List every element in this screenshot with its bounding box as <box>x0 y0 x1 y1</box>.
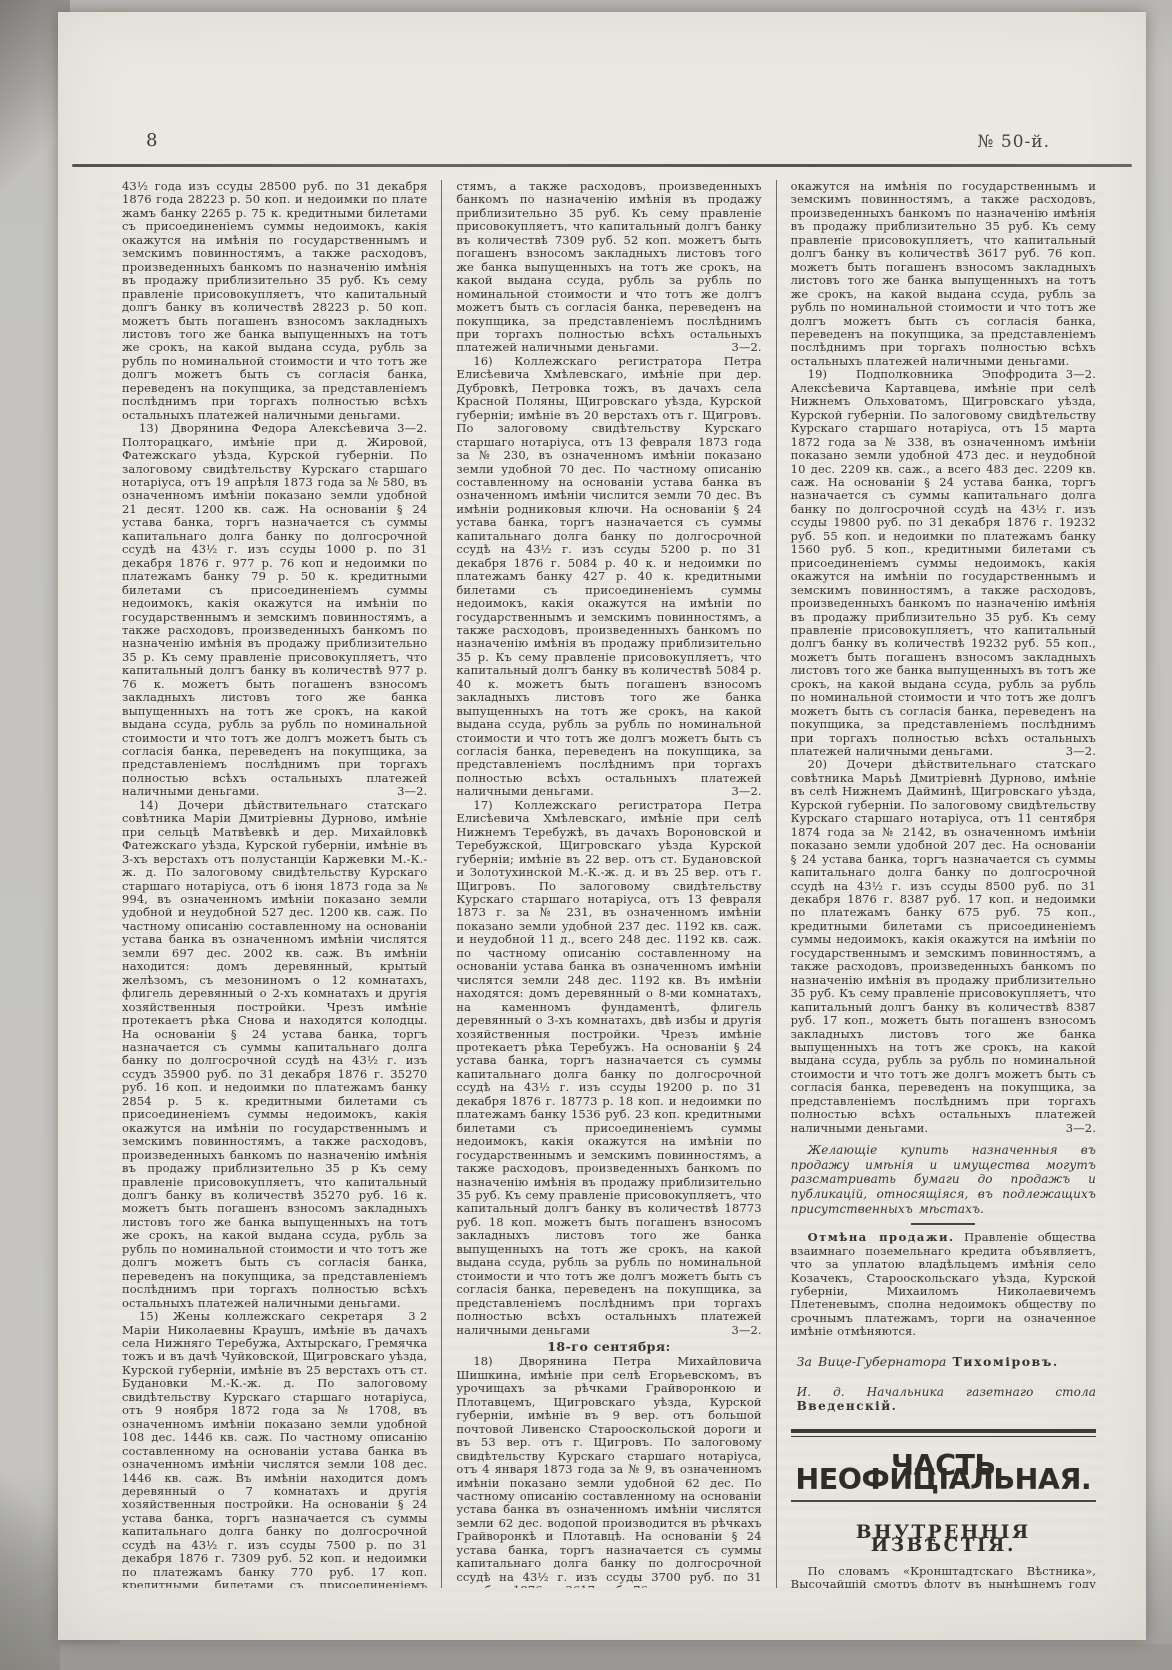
desk-chief-signature: И. д. Начальника газетнаго стола Введенс… <box>797 1386 1096 1413</box>
notice-item-15: 15) Жены коллежскаго секретаря Маріи Ник… <box>122 1310 427 1588</box>
paragraph-lead: Отмѣна продажи. <box>808 1230 955 1244</box>
date-subheading: 18-го сентября: <box>456 1340 761 1353</box>
paragraph-text: 17) Коллежскаго регистратора Петра Елисѣ… <box>456 798 761 1337</box>
paragraph-text: 16) Коллежскаго регистратора Петра Елисѣ… <box>456 354 761 799</box>
scan-bed-band <box>60 1644 1172 1670</box>
section-separator-rule <box>911 1223 975 1225</box>
signature-name: Тихоміровъ. <box>953 1354 1059 1369</box>
issue-number: № 50-й. <box>977 132 1050 152</box>
notice-item-18-continuation: окажутся на имѣнія по государственнымъ и… <box>791 180 1096 368</box>
signature-role: И. д. Начальника газетнаго стола <box>797 1385 1096 1399</box>
paragraph-text: Желающіе купить назначенныя въ продажу и… <box>791 1143 1096 1215</box>
column-2: стямъ, а также расходовъ, произведенныхъ… <box>441 180 775 1588</box>
paragraph-text: По словамъ «Кронштадтскаго Вѣстника», Вы… <box>791 1564 1096 1588</box>
column-3: окажутся на имѣнія по государственнымъ и… <box>776 180 1110 1588</box>
notice-item-14: 14) Дочери дѣйствительнаго статскаго сов… <box>122 799 427 1310</box>
notice-item-13: 13) Дворянина Федора Алексѣевича Полтора… <box>122 422 427 799</box>
paragraph-text: 13) Дворянина Федора Алексѣевича Полтора… <box>122 421 427 798</box>
paragraph-text: стямъ, а также расходовъ, произведенныхъ… <box>456 180 761 354</box>
notice-item-12-continuation: 43½ года изъ ссуды 28500 руб. по 31 дека… <box>122 180 427 422</box>
unofficial-part-title: ЧАСТЬ НЕОФИЦІАЛЬНАЯ. <box>791 1459 1096 1502</box>
paragraph-text: 43½ года изъ ссуды 28500 руб. по 31 дека… <box>122 180 427 422</box>
paragraph-text: 20) Дочери дѣйствительнаго статскаго сов… <box>791 757 1096 1134</box>
repeat-counter: 3—2. <box>706 785 761 798</box>
paragraph-text: 15) Жены коллежскаго секретаря Маріи Ник… <box>122 1309 427 1588</box>
paragraph-text: 18) Дворянина Петра Михайловича Шишкина,… <box>456 1354 761 1588</box>
vice-governor-signature: За Вице-Губернатора Тихоміровъ. <box>797 1355 1096 1368</box>
paragraph-text: окажутся на имѣнія по государственнымъ и… <box>791 180 1096 368</box>
repeat-counter: 3—2. <box>723 341 761 354</box>
column-1: 43½ года изъ ссуды 28500 руб. по 31 дека… <box>108 180 441 1588</box>
repeat-counter: 3—2. <box>389 422 427 435</box>
paragraph-text: Правленіе общества взаимнаго поземельнаг… <box>791 1230 1096 1338</box>
repeat-counter: 3—2. <box>1058 368 1096 381</box>
repeat-counter: 3—2. <box>372 785 427 798</box>
newspaper-page: 8 № 50-й. 43½ года изъ ссуды 28500 руб. … <box>58 12 1146 1640</box>
sale-cancellation-notice: Отмѣна продажи. Правленіе общества взаим… <box>791 1231 1096 1339</box>
signature-name: Введенскій. <box>797 1399 898 1413</box>
columns: 43½ года изъ ссуды 28500 руб. по 31 дека… <box>108 180 1110 1588</box>
paragraph-text: 14) Дочери дѣйствительнаго статскаго сов… <box>122 798 427 1310</box>
signature-role: За Вице-Губернатора <box>797 1354 953 1369</box>
notice-item-15-continuation: стямъ, а также расходовъ, произведенныхъ… <box>456 180 761 355</box>
repeat-counter: 3—2. <box>1041 1122 1096 1135</box>
notice-item-16: 16) Коллежскаго регистратора Петра Елисѣ… <box>456 355 761 799</box>
repeat-counter: 3—2. <box>1041 745 1096 758</box>
page-header: 8 № 50-й. <box>58 12 1146 162</box>
domestic-news-paragraph: По словамъ «Кронштадтскаго Вѣстника», Вы… <box>791 1565 1096 1588</box>
notice-item-17: 17) Коллежскаго регистратора Петра Елисѣ… <box>456 799 761 1337</box>
page-number: 8 <box>146 130 157 151</box>
buyers-notice: Желающіе купить назначенныя въ продажу и… <box>791 1143 1096 1216</box>
domestic-news-heading: ВНУТРЕННІЯ ИЗВѢСТІЯ. <box>791 1526 1096 1553</box>
notice-item-18: 18) Дворянина Петра Михайловича Шишкина,… <box>456 1355 761 1588</box>
header-rule <box>72 164 1132 167</box>
repeat-counter: 3 2 <box>383 1310 427 1323</box>
repeat-counter: 3—2. <box>706 1324 761 1337</box>
paragraph-text: 19) Подполковника Эпофродита Алексѣевича… <box>791 367 1096 758</box>
section-divider <box>791 1429 1096 1437</box>
notice-item-19: 19) Подполковника Эпофродита Алексѣевича… <box>791 368 1096 758</box>
notice-item-20: 20) Дочери дѣйствительнаго статскаго сов… <box>791 758 1096 1135</box>
